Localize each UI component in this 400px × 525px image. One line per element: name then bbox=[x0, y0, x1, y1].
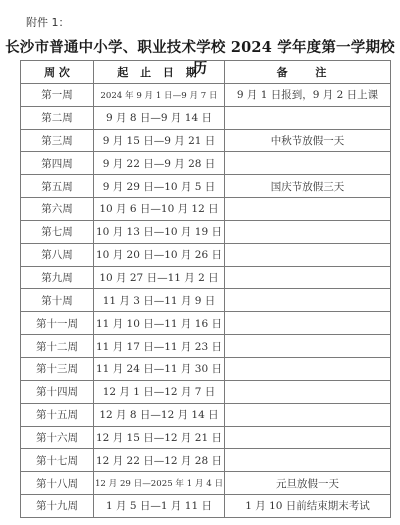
table-row: 第十八周12 月 29 日—2025 年 1 月 4 日元旦放假一天 bbox=[21, 472, 391, 495]
notes-cell bbox=[225, 198, 391, 221]
week-cell: 第十八周 bbox=[21, 472, 94, 495]
table-row: 第十三周11 月 24 日—11 月 30 日 bbox=[21, 357, 391, 380]
notes-cell bbox=[225, 380, 391, 403]
notes-cell bbox=[225, 312, 391, 335]
notes-cell: 9 月 1 日报到，9 月 2 日上课 bbox=[225, 83, 391, 106]
week-cell: 第十六周 bbox=[21, 426, 94, 449]
table-row: 第十六周12 月 15 日—12 月 21 日 bbox=[21, 426, 391, 449]
dates-cell: 9 月 15 日—9 月 21 日 bbox=[94, 129, 225, 152]
table-row: 第七周10 月 13 日—10 月 19 日 bbox=[21, 220, 391, 243]
table-row: 第十四周12 月 1 日—12 月 7 日 bbox=[21, 380, 391, 403]
week-cell: 第四周 bbox=[21, 152, 94, 175]
dates-cell: 11 月 24 日—11 月 30 日 bbox=[94, 357, 225, 380]
notes-cell bbox=[225, 449, 391, 472]
dates-cell: 9 月 29 日—10 月 5 日 bbox=[94, 175, 225, 198]
dates-cell: 12 月 29 日—2025 年 1 月 4 日 bbox=[94, 472, 225, 495]
table-row: 第十二周11 月 17 日—11 月 23 日 bbox=[21, 335, 391, 358]
week-cell: 第十四周 bbox=[21, 380, 94, 403]
attachment-label: 附件 1： bbox=[26, 14, 70, 30]
notes-cell: 中秋节放假一天 bbox=[225, 129, 391, 152]
dates-cell: 12 月 1 日—12 月 7 日 bbox=[94, 380, 225, 403]
dates-cell: 11 月 17 日—11 月 23 日 bbox=[94, 335, 225, 358]
notes-cell: 1 月 10 日前结束期末考试 bbox=[225, 495, 391, 518]
week-cell: 第十一周 bbox=[21, 312, 94, 335]
table-row: 第一周2024 年 9 月 1 日—9 月 7 日9 月 1 日报到，9 月 2… bbox=[21, 83, 391, 106]
notes-cell: 元旦放假一天 bbox=[225, 472, 391, 495]
notes-cell bbox=[225, 220, 391, 243]
header-dates: 起 止 日 期 bbox=[94, 61, 225, 84]
notes-cell bbox=[225, 357, 391, 380]
week-cell: 第十三周 bbox=[21, 357, 94, 380]
table-row: 第六周10 月 6 日—10 月 12 日 bbox=[21, 198, 391, 221]
dates-cell: 10 月 13 日—10 月 19 日 bbox=[94, 220, 225, 243]
table-row: 第八周10 月 20 日—10 月 26 日 bbox=[21, 243, 391, 266]
notes-cell bbox=[225, 106, 391, 129]
table-row: 第十七周12 月 22 日—12 月 28 日 bbox=[21, 449, 391, 472]
table-row: 第十周11 月 3 日—11 月 9 日 bbox=[21, 289, 391, 312]
week-cell: 第八周 bbox=[21, 243, 94, 266]
notes-cell bbox=[225, 426, 391, 449]
week-cell: 第九周 bbox=[21, 266, 94, 289]
notes-cell bbox=[225, 152, 391, 175]
header-notes: 备 注 bbox=[225, 61, 391, 84]
week-cell: 第五周 bbox=[21, 175, 94, 198]
table-row: 第三周9 月 15 日—9 月 21 日中秋节放假一天 bbox=[21, 129, 391, 152]
dates-cell: 11 月 10 日—11 月 16 日 bbox=[94, 312, 225, 335]
dates-cell: 10 月 20 日—10 月 26 日 bbox=[94, 243, 225, 266]
week-cell: 第十五周 bbox=[21, 403, 94, 426]
week-cell: 第十七周 bbox=[21, 449, 94, 472]
notes-cell bbox=[225, 243, 391, 266]
dates-cell: 11 月 3 日—11 月 9 日 bbox=[94, 289, 225, 312]
dates-cell: 10 月 27 日—11 月 2 日 bbox=[94, 266, 225, 289]
dates-cell: 12 月 8 日—12 月 14 日 bbox=[94, 403, 225, 426]
dates-cell: 10 月 6 日—10 月 12 日 bbox=[94, 198, 225, 221]
dates-cell: 12 月 15 日—12 月 21 日 bbox=[94, 426, 225, 449]
table-row: 第四周9 月 22 日—9 月 28 日 bbox=[21, 152, 391, 175]
header-week: 周 次 bbox=[21, 61, 94, 84]
notes-cell: 国庆节放假三天 bbox=[225, 175, 391, 198]
week-cell: 第七周 bbox=[21, 220, 94, 243]
week-cell: 第三周 bbox=[21, 129, 94, 152]
table-row: 第十一周11 月 10 日—11 月 16 日 bbox=[21, 312, 391, 335]
week-cell: 第二周 bbox=[21, 106, 94, 129]
table-row: 第十五周12 月 8 日—12 月 14 日 bbox=[21, 403, 391, 426]
week-cell: 第十九周 bbox=[21, 495, 94, 518]
week-cell: 第十二周 bbox=[21, 335, 94, 358]
notes-cell bbox=[225, 289, 391, 312]
week-cell: 第六周 bbox=[21, 198, 94, 221]
dates-cell: 2024 年 9 月 1 日—9 月 7 日 bbox=[94, 83, 225, 106]
week-cell: 第十周 bbox=[21, 289, 94, 312]
dates-cell: 1 月 5 日—1 月 11 日 bbox=[94, 495, 225, 518]
table-row: 第二周9 月 8 日—9 月 14 日 bbox=[21, 106, 391, 129]
dates-cell: 12 月 22 日—12 月 28 日 bbox=[94, 449, 225, 472]
notes-cell bbox=[225, 266, 391, 289]
notes-cell bbox=[225, 403, 391, 426]
table-row: 第十九周1 月 5 日—1 月 11 日1 月 10 日前结束期末考试 bbox=[21, 495, 391, 518]
table-header-row: 周 次 起 止 日 期 备 注 bbox=[21, 61, 391, 84]
week-cell: 第一周 bbox=[21, 83, 94, 106]
table-row: 第九周10 月 27 日—11 月 2 日 bbox=[21, 266, 391, 289]
table-row: 第五周9 月 29 日—10 月 5 日国庆节放假三天 bbox=[21, 175, 391, 198]
notes-cell bbox=[225, 335, 391, 358]
dates-cell: 9 月 22 日—9 月 28 日 bbox=[94, 152, 225, 175]
dates-cell: 9 月 8 日—9 月 14 日 bbox=[94, 106, 225, 129]
school-calendar-table: 周 次 起 止 日 期 备 注 第一周2024 年 9 月 1 日—9 月 7 … bbox=[20, 60, 391, 518]
